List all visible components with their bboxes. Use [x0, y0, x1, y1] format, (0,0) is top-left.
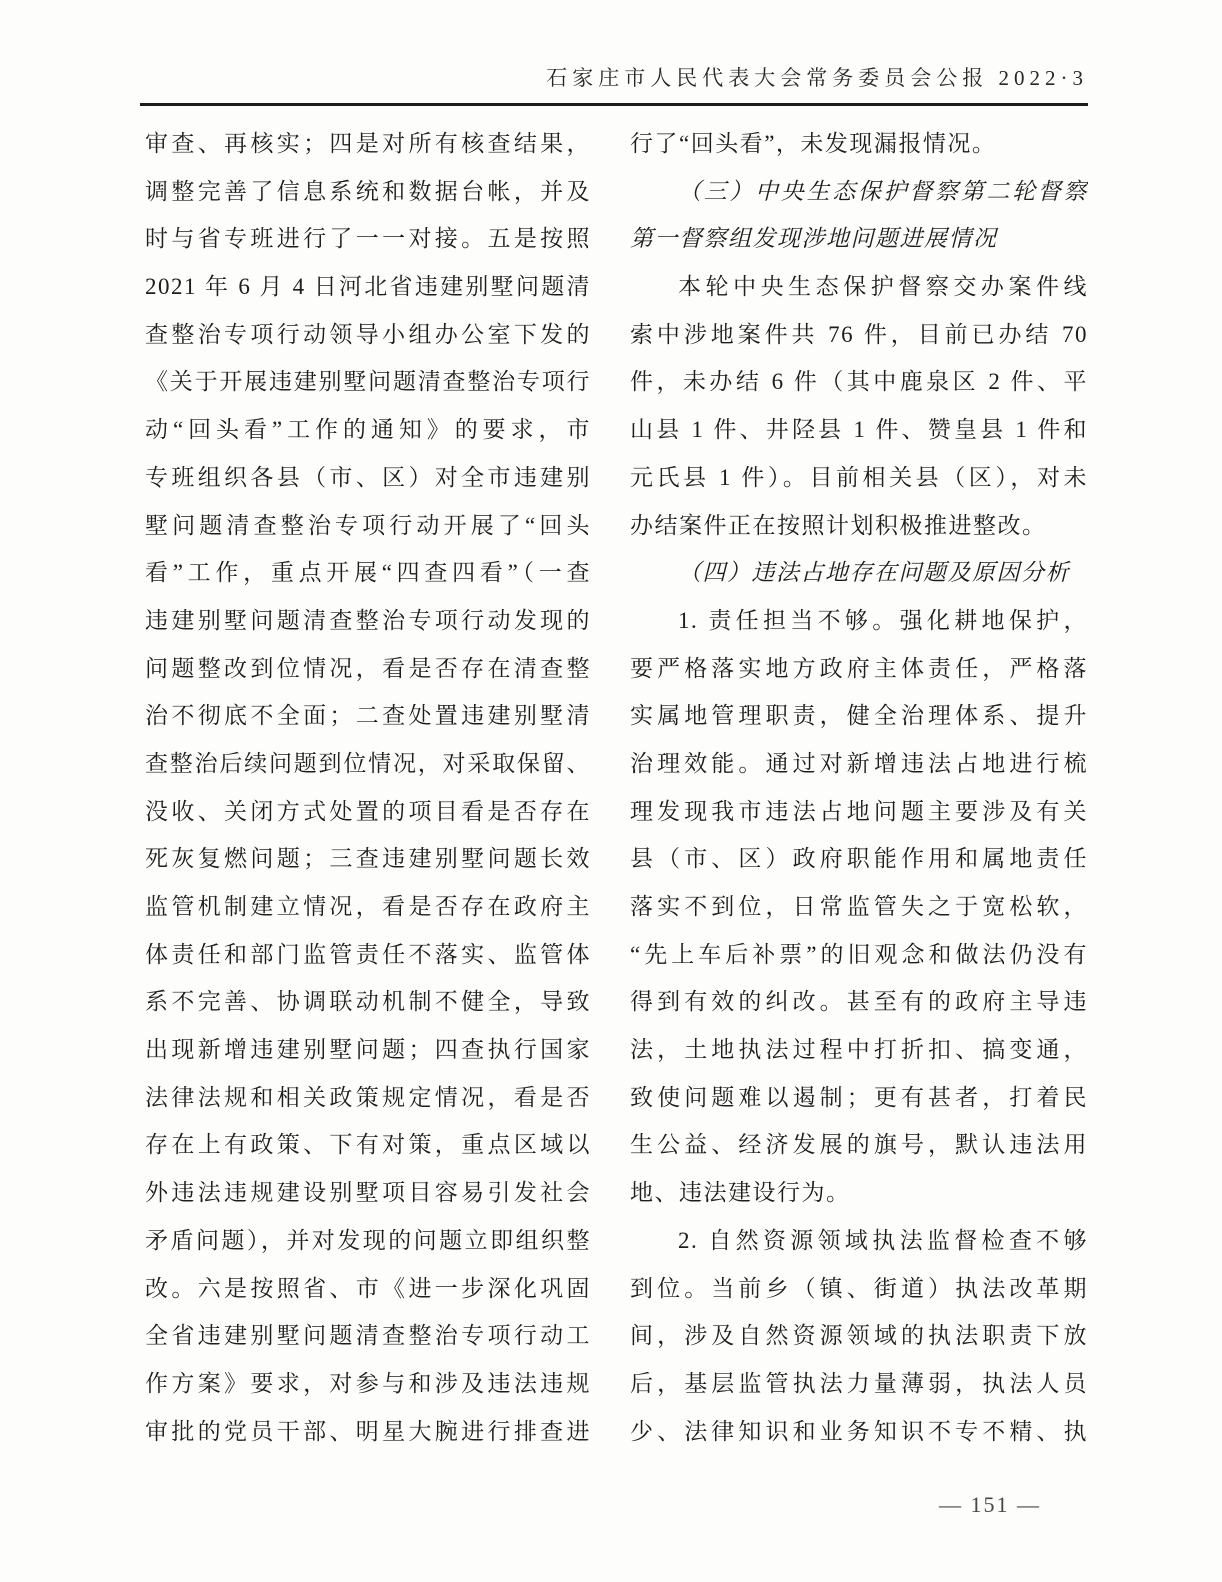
- text-line: 作方案》要求，对参与和涉及违法违规: [145, 1360, 591, 1408]
- text-line: 件，未办结 6 件（其中鹿泉区 2 件、平: [630, 358, 1088, 406]
- text-line: 全省违建别墅问题清查整治专项行动工: [145, 1312, 591, 1360]
- text-line: 1. 责任担当不够。强化耕地保护，: [630, 597, 1088, 645]
- text-line: 到位。当前乡（镇、街道）执法改革期: [630, 1265, 1088, 1313]
- text-line: 致使问题难以遏制；更有甚者，打着民: [630, 1074, 1088, 1122]
- text-line: 法，土地执法过程中打折扣、搞变通，: [630, 1026, 1088, 1074]
- text-line: 监管机制建立情况，看是否存在政府主: [145, 883, 591, 931]
- text-line: 实属地管理职责，健全治理体系、提升: [630, 692, 1088, 740]
- text-line: 审批的党员干部、明星大腕进行排查进: [145, 1408, 591, 1456]
- text-line: 专班组织各县（市、区）对全市违建别: [145, 454, 591, 502]
- text-line: 山县 1 件、井陉县 1 件、赞皇县 1 件和: [630, 406, 1088, 454]
- text-line: 后，基层监管执法力量薄弱，执法人员: [630, 1360, 1088, 1408]
- text-line: 看”工作，重点开展“四查四看”（一查: [145, 549, 591, 597]
- text-line: 生公益、经济发展的旗号，默认违法用: [630, 1121, 1088, 1169]
- text-line: 动“回头看”工作的通知》的要求，市: [145, 406, 591, 454]
- column-right: 行了“回头看”，未发现漏报情况。（三）中央生态保护督察第二轮督察第一督察组发现涉…: [630, 120, 1088, 1455]
- text-line: 问题整改到位情况，看是否存在清查整: [145, 645, 591, 693]
- text-line: 少、法律知识和业务知识不专不精、执: [630, 1408, 1088, 1456]
- text-line: （三）中央生态保护督察第二轮督察: [630, 168, 1088, 216]
- bulletin-page: 石家庄市人民代表大会常务委员会公报 2022·3 审查、再核实；四是对所有核查结…: [0, 0, 1222, 1582]
- text-line: 系不完善、协调联动机制不健全，导致: [145, 978, 591, 1026]
- text-line: 矛盾问题），并对发现的问题立即组织整: [145, 1217, 591, 1265]
- text-line: 时与省专班进行了一一对接。五是按照: [145, 215, 591, 263]
- text-line: 《关于开展违建别墅问题清查整治专项行: [145, 358, 591, 406]
- text-line: 查整治后续问题到位情况，对采取保留、: [145, 740, 591, 788]
- text-line: 查整治专项行动领导小组办公室下发的: [145, 311, 591, 359]
- text-line: 行了“回头看”，未发现漏报情况。: [630, 120, 1088, 168]
- text-line: 2. 自然资源领域执法监督检查不够: [630, 1217, 1088, 1265]
- text-line: （四）违法占地存在问题及原因分析: [630, 549, 1088, 597]
- text-line: 治不彻底不全面；二查处置违建别墅清: [145, 692, 591, 740]
- text-line: 违建别墅问题清查整治专项行动发现的: [145, 597, 591, 645]
- text-line: 本轮中央生态保护督察交办案件线: [630, 263, 1088, 311]
- page-number: — 151 —: [880, 1492, 1100, 1518]
- text-line: 间，涉及自然资源领域的执法职责下放: [630, 1312, 1088, 1360]
- text-line: 改。六是按照省、市《进一步深化巩固: [145, 1265, 591, 1313]
- text-line: 落实不到位，日常监管失之于宽松软，: [630, 883, 1088, 931]
- text-line: 2021 年 6 月 4 日河北省违建别墅问题清: [145, 263, 591, 311]
- text-line: 法律法规和相关政策规定情况，看是否: [145, 1074, 591, 1122]
- page-header-journal-title: 石家庄市人民代表大会常务委员会公报 2022·3: [546, 62, 1088, 92]
- text-line: 得到有效的纠改。甚至有的政府主导违: [630, 978, 1088, 1026]
- text-line: 没收、关闭方式处置的项目看是否存在: [145, 788, 591, 836]
- text-line: 外违法违规建设别墅项目容易引发社会: [145, 1169, 591, 1217]
- text-line: 理发现我市违法占地问题主要涉及有关: [630, 788, 1088, 836]
- text-line: 第一督察组发现涉地问题进展情况: [630, 215, 1088, 263]
- text-line: 治理效能。通过对新增违法占地进行梳: [630, 740, 1088, 788]
- text-line: 县（市、区）政府职能作用和属地责任: [630, 835, 1088, 883]
- column-left: 审查、再核实；四是对所有核查结果，调整完善了信息系统和数据台帐，并及时与省专班进…: [145, 120, 591, 1455]
- text-line: 调整完善了信息系统和数据台帐，并及: [145, 168, 591, 216]
- text-line: 索中涉地案件共 76 件，目前已办结 70: [630, 311, 1088, 359]
- text-line: 体责任和部门监管责任不落实、监管体: [145, 931, 591, 979]
- text-line: 出现新增违建别墅问题；四查执行国家: [145, 1026, 591, 1074]
- body-columns: 审查、再核实；四是对所有核查结果，调整完善了信息系统和数据台帐，并及时与省专班进…: [145, 120, 1088, 1460]
- text-line: 要严格落实地方政府主体责任，严格落: [630, 645, 1088, 693]
- text-line: 死灰复燃问题；三查违建别墅问题长效: [145, 835, 591, 883]
- header-rule: [140, 103, 1088, 106]
- text-line: 墅问题清查整治专项行动开展了“回头: [145, 502, 591, 550]
- text-line: 审查、再核实；四是对所有核查结果，: [145, 120, 591, 168]
- text-line: 办结案件正在按照计划积极推进整改。: [630, 502, 1088, 550]
- text-line: “先上车后补票”的旧观念和做法仍没有: [630, 931, 1088, 979]
- text-line: 元氏县 1 件）。目前相关县（区），对未: [630, 454, 1088, 502]
- text-line: 地、违法建设行为。: [630, 1169, 1088, 1217]
- text-line: 存在上有政策、下有对策，重点区域以: [145, 1121, 591, 1169]
